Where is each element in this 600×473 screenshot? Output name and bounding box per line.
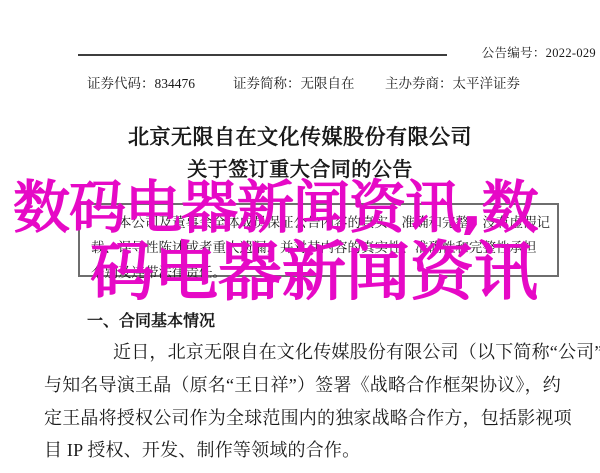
body-paragraph-line: 定王晶将授权公司作为全球范围内的独家战略合作方，包括影视项 [44,404,572,430]
body-paragraph-line: 与知名导演王晶（原名“王日祥”）签署《战略合作框架协议》，约 [44,371,561,397]
body-paragraph-line: 近日，北京无限自在文化传媒股份有限公司（以下简称“公司”） [113,338,600,364]
securities-short-name: 证券简称：无限自在 [233,72,355,92]
company-name-title: 北京无限自在文化传媒股份有限公司 [0,121,600,151]
body-paragraph-line: 目 IP 授权、开发、制作等领域的合作。 [44,436,360,462]
watermark-text-line2: 码电器新闻资讯 [90,241,538,305]
securities-code: 证券代码：834476 [87,72,195,92]
announcement-number: 公告编号：2022-029 [482,43,596,61]
sponsor-broker: 主办券商：太平洋证券 [385,72,520,92]
header-rule [78,54,447,56]
announcement-document-page: 公告编号：2022-029 证券代码：834476 证券简称：无限自在 主办券商… [0,0,600,473]
watermark-text-line1: 数码电器新闻资讯,数 [13,180,538,237]
section-heading-contract-basics: 一、合同基本情况 [87,308,215,331]
